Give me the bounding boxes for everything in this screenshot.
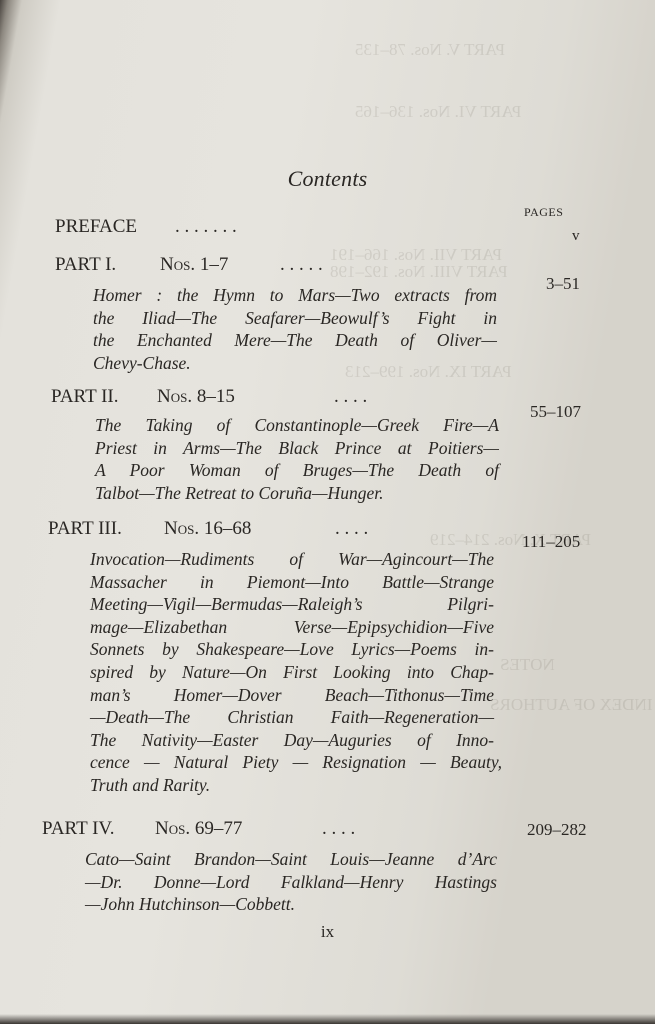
entry-numbers: Nos. 8–15 xyxy=(157,386,235,408)
description-line: the Enchanted Mere—The Death of Oliver— xyxy=(93,329,497,352)
entry-numbers: Nos. 69–77 xyxy=(155,818,242,840)
bleed-through-text: PART VIII. Nos. 192–198 xyxy=(330,262,508,282)
entry-description: Homer : the Hymn to Mars—Two extracts fr… xyxy=(93,284,497,374)
page-range: 111–205 xyxy=(522,532,580,552)
book-page: PART V. Nos. 78–135 PART VI. Nos. 136–16… xyxy=(0,0,655,1024)
description-line: Sonnets by Shakespeare—Love Lyrics—Poems… xyxy=(90,638,494,661)
page-title: Contents xyxy=(0,166,655,192)
page-edge-shadow xyxy=(0,1014,655,1024)
description-line: Meeting—Vigil—Bermudas—Raleigh’s Pilgri- xyxy=(90,593,494,616)
description-line: Cato—Saint Brandon—Saint Louis—Jeanne d’… xyxy=(85,848,497,871)
entry-label: PART IV. xyxy=(42,818,114,840)
entry-label: PART I. xyxy=(55,254,116,276)
description-line: cence — Natural Piety — Resignation — Be… xyxy=(90,751,502,774)
bleed-through-text: NOTES xyxy=(500,655,555,675)
entry-description: Invocation—Rudiments of War—Agincourt—Th… xyxy=(90,548,494,797)
page-range: 209–282 xyxy=(527,820,587,840)
bleed-through-text: PART V. Nos. 78–135 xyxy=(355,40,505,60)
leader-dots: . . . . xyxy=(322,818,355,840)
description-line: —Death—The Christian Faith—Regeneration— xyxy=(90,706,494,729)
page-range: 3–51 xyxy=(546,274,580,294)
pages-column-label: PAGES xyxy=(524,205,563,220)
description-line: —Dr. Donne—Lord Falkland—Henry Hastings xyxy=(85,871,497,894)
description-line: The Nativity—Easter Day—Auguries of Inno… xyxy=(90,729,494,752)
page-range: 55–107 xyxy=(530,402,581,422)
leader-dots: . . . . . xyxy=(280,254,323,276)
leader-dots: . . . . . . . xyxy=(175,216,237,238)
description-line: —John Hutchinson—Cobbett. xyxy=(85,893,497,916)
description-line: Priest in Arms—The Black Prince at Poiti… xyxy=(95,437,499,460)
bleed-through-text: PART VI. Nos. 136–165 xyxy=(355,102,521,122)
page-number: v xyxy=(572,228,580,245)
description-line: man’s Homer—Dover Beach—Tithonus—Time xyxy=(90,684,494,707)
description-line: Invocation—Rudiments of War—Agincourt—Th… xyxy=(90,548,494,571)
leader-dots: . . . . xyxy=(335,518,368,540)
description-line: Massacher in Piemont—Into Battle—Strange xyxy=(90,571,494,594)
entry-label: PREFACE xyxy=(55,216,137,238)
description-line: spired by Nature—On First Looking into C… xyxy=(90,661,494,684)
bleed-through-text: INDEX OF AUTHORS xyxy=(490,695,652,715)
description-line: Truth and Rarity. xyxy=(90,774,494,797)
entry-label: PART II. xyxy=(51,386,119,408)
entry-numbers: Nos. 16–68 xyxy=(164,518,251,540)
description-line: the Iliad—The Seafarer—Beowulf’s Fight i… xyxy=(93,307,497,330)
description-line: mage—Elizabethan Verse—Epipsychidion—Fiv… xyxy=(90,616,494,639)
description-line: Homer : the Hymn to Mars—Two extracts fr… xyxy=(93,284,497,307)
entry-label: PART III. xyxy=(48,518,122,540)
page-folio-number: ix xyxy=(0,922,655,942)
description-line: Chevy-Chase. xyxy=(93,352,497,375)
entry-description: The Taking of Constantinople—Greek Fire—… xyxy=(95,414,499,504)
description-line: The Taking of Constantinople—Greek Fire—… xyxy=(95,414,499,437)
leader-dots: . . . . xyxy=(334,386,367,408)
entry-numbers: Nos. 1–7 xyxy=(160,254,228,276)
description-line: A Poor Woman of Bruges—The Death of xyxy=(95,459,499,482)
description-line: Talbot—The Retreat to Coruña—Hunger. xyxy=(95,482,499,505)
entry-description: Cato—Saint Brandon—Saint Louis—Jeanne d’… xyxy=(85,848,497,916)
